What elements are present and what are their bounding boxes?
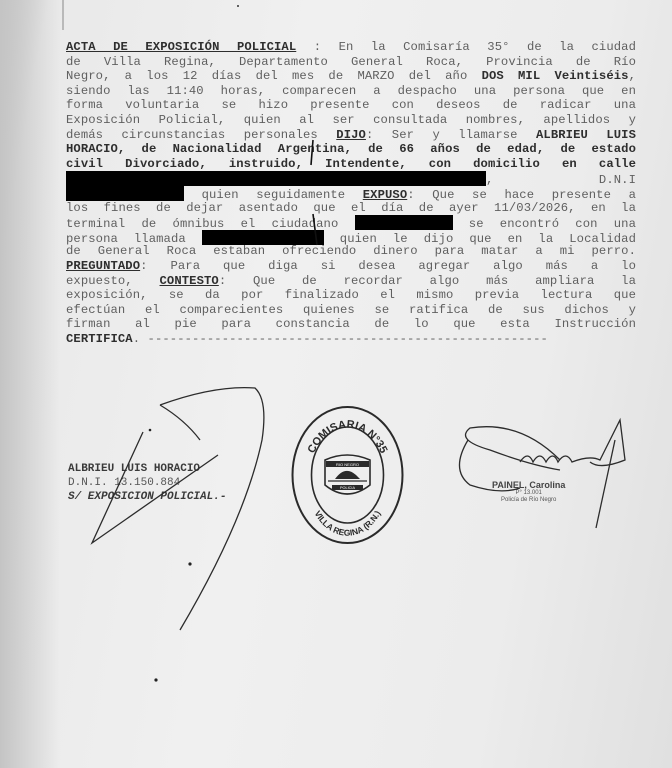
officer-signature-icon: [459, 420, 625, 528]
declarant-signature-icon: [92, 388, 264, 630]
text-line: exposición, se da por finalizado el mism…: [66, 288, 636, 303]
text-span: . --------------------------------------…: [133, 332, 548, 346]
text-line: quien seguidamente EXPUSO: Que se hace p…: [66, 186, 636, 201]
redaction-bar: [66, 171, 486, 186]
officer-id: P° 13.001: [492, 490, 565, 497]
text-span: : En la Comisaría 35° de la ciudad: [296, 40, 636, 54]
text-line: , D.N.I: [66, 171, 636, 186]
section-label: CONTESTO: [160, 274, 219, 288]
redaction-bar: [66, 186, 184, 201]
text-line: forma voluntaria se hizo presente con de…: [66, 98, 636, 113]
text-line: de General Roca estaban ofreciendo diner…: [66, 244, 636, 259]
text-span: siendo las 11:40 horas, comparecen a des…: [66, 84, 636, 98]
text-span: ,: [629, 69, 636, 83]
redaction-bar: [355, 215, 453, 230]
text-line: persona llamada quien le dijo que en la …: [66, 230, 636, 245]
text-line: ACTA DE EXPOSICIÓN POLICIAL : En la Comi…: [66, 40, 636, 55]
page-shadow: [0, 0, 60, 768]
text-span: Negro, a los 12 días del mes de MARZO de…: [66, 69, 482, 83]
speck: [237, 5, 239, 7]
section-label: DIJO: [336, 128, 366, 142]
svg-text:POLICIA: POLICIA: [340, 486, 355, 490]
text-span: civil Divorciado, instruido, Intendente,…: [66, 157, 636, 171]
svg-text:RIO NEGRO: RIO NEGRO: [336, 462, 359, 467]
text-line: Negro, a los 12 días del mes de MARZO de…: [66, 69, 636, 84]
text-line: efectúan el comparecientes quienes se ra…: [66, 303, 636, 318]
stamp-seal-icon: COMISARIA N°35 VILLA REGINA (R.N.) RIO N…: [290, 405, 405, 545]
text-span: HORACIO, de Nacionalidad Argentina, de 6…: [66, 142, 636, 156]
text-span: firman al pie para constancia de lo que …: [66, 317, 636, 331]
text-span: de General Roca estaban ofreciendo diner…: [66, 244, 636, 258]
text-span: expuesto,: [66, 274, 160, 288]
text-span: efectúan el comparecientes quienes se ra…: [66, 303, 636, 317]
redaction-bar: [202, 230, 324, 245]
police-stamp: COMISARIA N°35 VILLA REGINA (R.N.) RIO N…: [290, 405, 405, 545]
text-line: PREGUNTADO: Para que diga si desea agreg…: [66, 259, 636, 274]
text-span: : Que de recordar algo más ampliara la: [219, 274, 636, 288]
declarant-name: ALBRIEU LUIS HORACIO: [68, 462, 226, 476]
text-span: de Villa Regina, Departamento General Ro…: [66, 55, 636, 69]
text-span: : Ser y llamarse: [366, 128, 536, 142]
text-span: demás circunstancias personales: [66, 128, 336, 142]
text-line: expuesto, CONTESTO: Que de recordar algo…: [66, 274, 636, 289]
text-span: CERTIFICA: [66, 332, 133, 346]
text-span: DOS MIL Veintiséis: [482, 69, 629, 83]
text-span: : Para que diga si desea agregar algo má…: [140, 259, 636, 273]
declarant-subject: S/ EXPOSICION POLICIAL.-: [68, 490, 226, 504]
declarant-dni: D.N.I. 13.150.884: [68, 476, 226, 490]
text-span: forma voluntaria se hizo presente con de…: [66, 98, 636, 112]
document-body: ACTA DE EXPOSICIÓN POLICIAL : En la Comi…: [66, 40, 636, 346]
text-span: los fines de dejar asentado que el día d…: [66, 201, 636, 215]
text-line: demás circunstancias personales DIJO: Se…: [66, 128, 636, 143]
officer-block: PAINEL, Carolina P° 13.001 Policía de Rí…: [492, 480, 565, 504]
text-span: Exposición Policial, quien al ser consul…: [66, 113, 636, 127]
text-span: exposición, se da por finalizado el mism…: [66, 288, 636, 302]
page-edge: [62, 0, 64, 30]
speck: [149, 429, 152, 432]
officer-name: PAINEL, Carolina: [492, 480, 565, 490]
text-line: Exposición Policial, quien al ser consul…: [66, 113, 636, 128]
text-line: civil Divorciado, instruido, Intendente,…: [66, 157, 636, 172]
text-line: HORACIO, de Nacionalidad Argentina, de 6…: [66, 142, 636, 157]
text-span: ALBRIEU LUIS: [536, 128, 636, 142]
text-line: los fines de dejar asentado que el día d…: [66, 201, 636, 216]
section-label: PREGUNTADO: [66, 259, 140, 273]
speck: [154, 678, 157, 681]
section-label: ACTA DE EXPOSICIÓN POLICIAL: [66, 40, 296, 54]
text-line: de Villa Regina, Departamento General Ro…: [66, 55, 636, 70]
text-line: terminal de ómnibus el ciudadano se enco…: [66, 215, 636, 230]
officer-org: Policía de Río Negro: [492, 497, 565, 504]
text-line: siendo las 11:40 horas, comparecen a des…: [66, 84, 636, 99]
text-line: firman al pie para constancia de lo que …: [66, 317, 636, 332]
speck: [188, 562, 191, 565]
svg-text:COMISARIA N°35: COMISARIA N°35: [306, 419, 390, 456]
document-page: ACTA DE EXPOSICIÓN POLICIAL : En la Comi…: [0, 0, 672, 768]
declarant-block: ALBRIEU LUIS HORACIO D.N.I. 13.150.884 S…: [68, 462, 226, 504]
text-line: CERTIFICA. -----------------------------…: [66, 332, 636, 347]
